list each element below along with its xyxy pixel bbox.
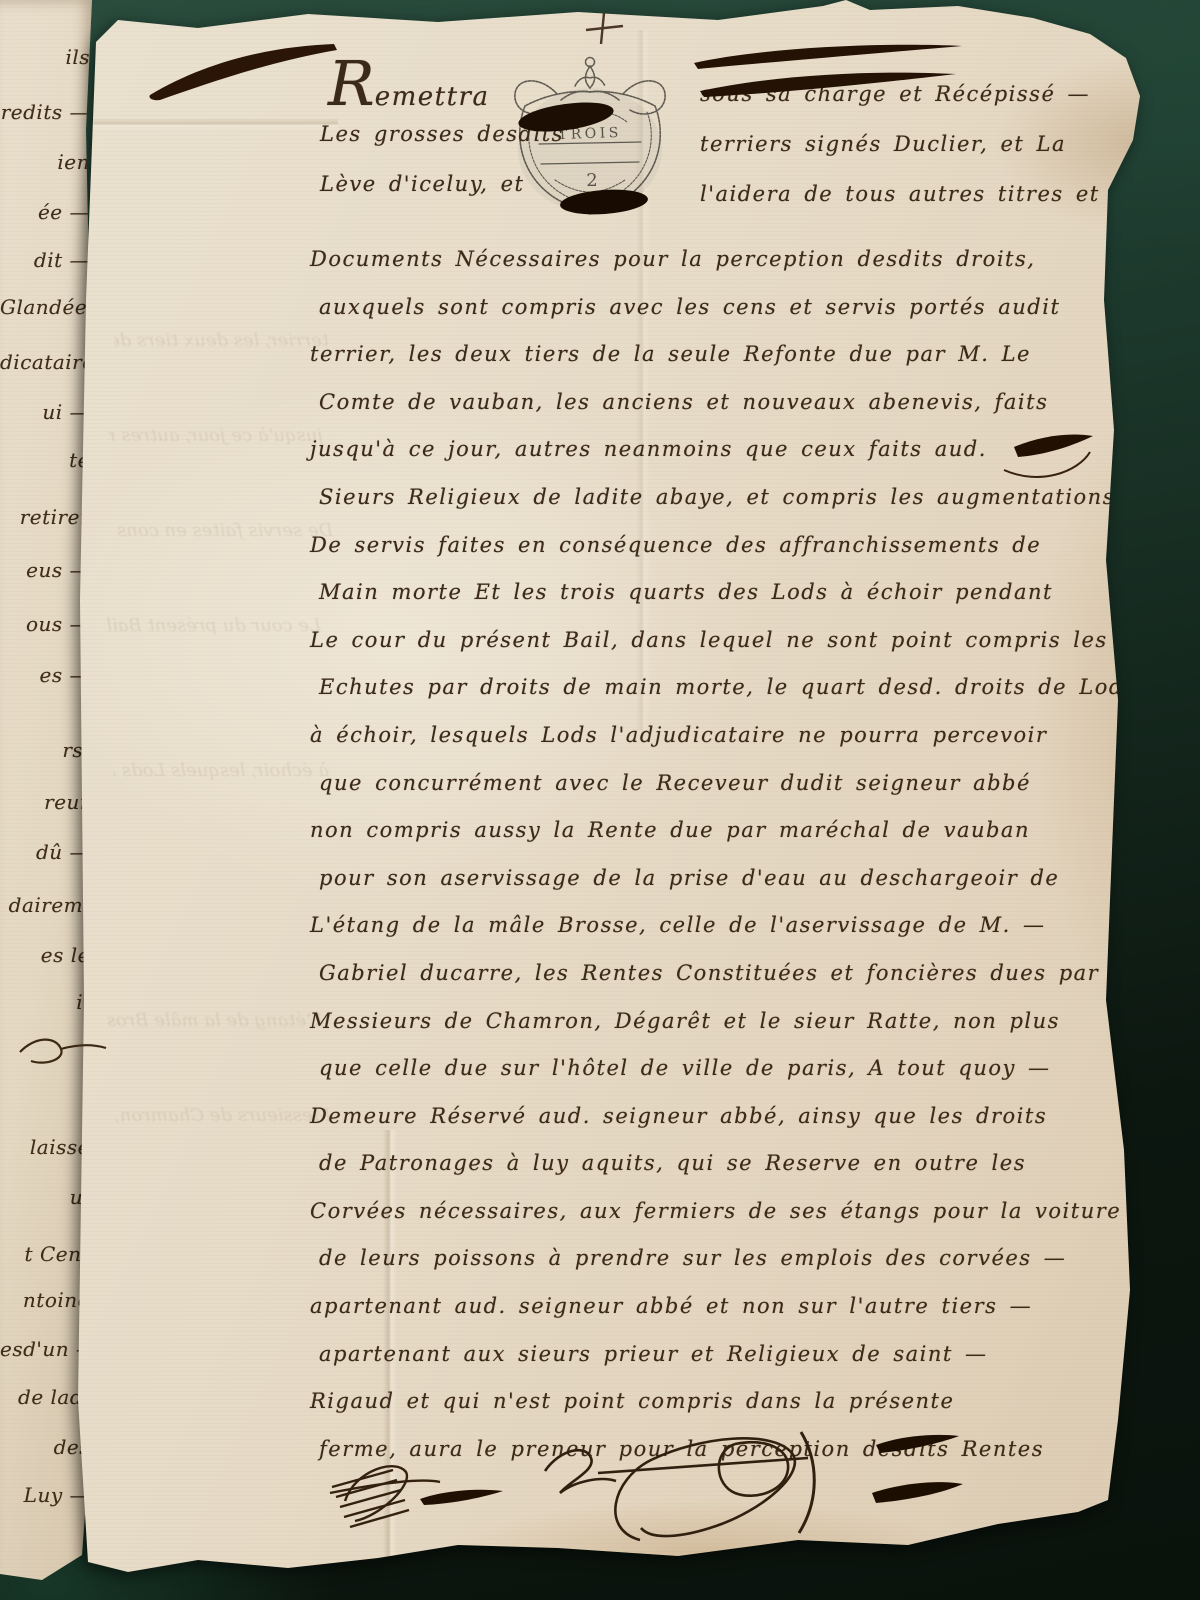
left-page-text-fragment: dû — (0, 840, 90, 864)
left-page-text-fragment: ée — (0, 200, 90, 224)
left-page-text-fragment: redits — (0, 100, 90, 124)
manuscript-line: de leurs poissons à prendre sur les empl… (310, 1235, 1110, 1283)
manuscript-line: Sieurs Religieux de ladite abaye, et com… (310, 474, 1110, 522)
main-page-wrap: terrier, les deux tiers de la seule Refo… (78, 0, 1153, 1600)
manuscript-line: que concurrément avec le Receveur dudit … (310, 760, 1110, 808)
manuscript-line: Lève d'iceluy, et (320, 172, 525, 196)
left-page-text-fragment: des (0, 1435, 90, 1459)
left-page-text-fragment: reur (0, 790, 90, 814)
manuscript-line: non compris aussy la Rente due par maréc… (310, 807, 1110, 855)
manuscript-line: Echutes par droits de main morte, le qua… (310, 664, 1110, 712)
manuscript-line: à échoir, lesquels Lods l'adjudicataire … (310, 712, 1110, 760)
left-page-text-fragment: es — (0, 663, 90, 687)
manuscript-line: L'étang de la mâle Brosse, celle de l'as… (310, 902, 1110, 950)
manuscript-line: auxquels sont compris avec les cens et s… (310, 284, 1110, 332)
left-page-text-fragment: ui — (0, 400, 90, 424)
left-page-text-fragment: eus — (0, 558, 90, 582)
left-page-text-fragment: te (0, 448, 90, 472)
manuscript-line: l'aidera de tous autres titres et (700, 182, 1100, 206)
manuscript-line: Gabriel ducarre, les Rentes Constituées … (310, 950, 1110, 998)
left-page-text-fragment: esd'un — (0, 1337, 90, 1361)
ghost-bleedthrough-text: terrier, les deux tiers de la seule Refo… (114, 330, 329, 351)
ghost-bleedthrough-text: De servis faites en conséquence des affr… (118, 520, 333, 541)
left-page-text-fragment: ui (0, 1185, 90, 1209)
ghost-bleedthrough-text: à échoir, lesquels Lods l'adjudicataire … (114, 760, 329, 781)
manuscript-line: sous sa charge et Récépissé — (700, 82, 1090, 106)
left-page-text-fragment: ien (0, 150, 90, 174)
manuscript-text-block: Remettra sous sa charge et Récépissé — L… (310, 72, 1110, 1473)
left-page-text-fragment: de lad. (0, 1385, 90, 1409)
manuscript-line: terrier, les deux tiers de la seule Refo… (310, 331, 1110, 379)
manuscript-line: Messieurs de Chamron, Dégarêt et le sieu… (310, 998, 1110, 1046)
manuscript-line: Les grosses desdits (320, 122, 564, 146)
left-page-text-fragment: ils (0, 45, 90, 69)
manuscript-line: pour son aservissage de la prise d'eau a… (310, 855, 1110, 903)
manuscript-line: ferme, aura le preneur pour la perceptio… (310, 1426, 1110, 1474)
left-page-text-fragment: rs, (0, 738, 90, 762)
main-page: terrier, les deux tiers de la seule Refo… (78, 0, 1153, 1600)
left-page-text-fragment: t Cent (0, 1242, 90, 1266)
manuscript-line: Demeure Réservé aud. seigneur abbé, ains… (310, 1093, 1110, 1141)
manuscript-line: de Patronages à luy aquits, qui se Reser… (310, 1140, 1110, 1188)
ghost-bleedthrough-text: Messieurs de Chamron, Dégarêt et le sieu… (116, 1105, 331, 1126)
manuscript-line: Le cour du présent Bail, dans lequel ne … (310, 617, 1110, 665)
opening-line: Lève d'iceluy, et l'aidera de tous autre… (310, 172, 1110, 222)
left-page-text-fragment: retirer (0, 505, 90, 529)
manuscript-line: jusqu'à ce jour, autres neanmoins que ce… (310, 426, 1110, 474)
ghost-bleedthrough-text: L'étang de la mâle Brosse, celle de l'as… (108, 1010, 323, 1031)
manuscript-line: De servis faites en conséquence des affr… (310, 522, 1110, 570)
manuscript-line: apartenant aux sieurs prieur et Religieu… (310, 1331, 1110, 1379)
left-page-text-fragment: es le (0, 943, 90, 967)
ghost-bleedthrough-text: Le cour du présent Bail, dans lequel ne … (106, 615, 321, 636)
manuscript-line: Comte de vauban, les anciens et nouveaux… (310, 379, 1110, 427)
left-page-text-fragment: il (0, 990, 90, 1014)
opening-line: Remettra sous sa charge et Récépissé — (310, 72, 1110, 122)
paper-crease (78, 118, 338, 130)
left-page-text-fragment: laissé (0, 1135, 90, 1159)
left-page-text-fragment: dairem. (0, 893, 90, 917)
left-page-text-fragment: dit — (0, 248, 90, 272)
left-page-text-fragment: ntoine (0, 1288, 90, 1312)
manuscript-line: Rigaud et qui n'est point compris dans l… (310, 1378, 1110, 1426)
manuscript-line: apartenant aud. seigneur abbé et non sur… (310, 1283, 1110, 1331)
left-page-text-fragment: ous — (0, 612, 90, 636)
manuscript-line: Documents Nécessaires pour la perception… (310, 236, 1110, 284)
left-page-text-fragment: dicataires (0, 350, 90, 374)
manuscript-line: Corvées nécessaires, aux fermiers de ses… (310, 1188, 1110, 1236)
manuscript-photo: { "colors": { "ink": "#3b2917", "heavy_i… (0, 0, 1200, 1600)
opening-word: Remettra (328, 72, 489, 112)
manuscript-line: Main morte Et les trois quarts des Lods … (310, 569, 1110, 617)
ghost-bleedthrough-text: jusqu'à ce jour, autres neanmoins que ce… (108, 425, 323, 446)
manuscript-line: que celle due sur l'hôtel de ville de pa… (310, 1045, 1110, 1093)
left-page-text-fragment: Glandée, (0, 295, 90, 319)
manuscript-line: terriers signés Duclier, et La (700, 132, 1066, 156)
left-page-text-fragment: Luy — (0, 1483, 90, 1507)
opening-line: Les grosses desdits terriers signés Ducl… (310, 122, 1110, 172)
manuscript-body: Documents Nécessaires pour la perception… (310, 236, 1110, 1473)
